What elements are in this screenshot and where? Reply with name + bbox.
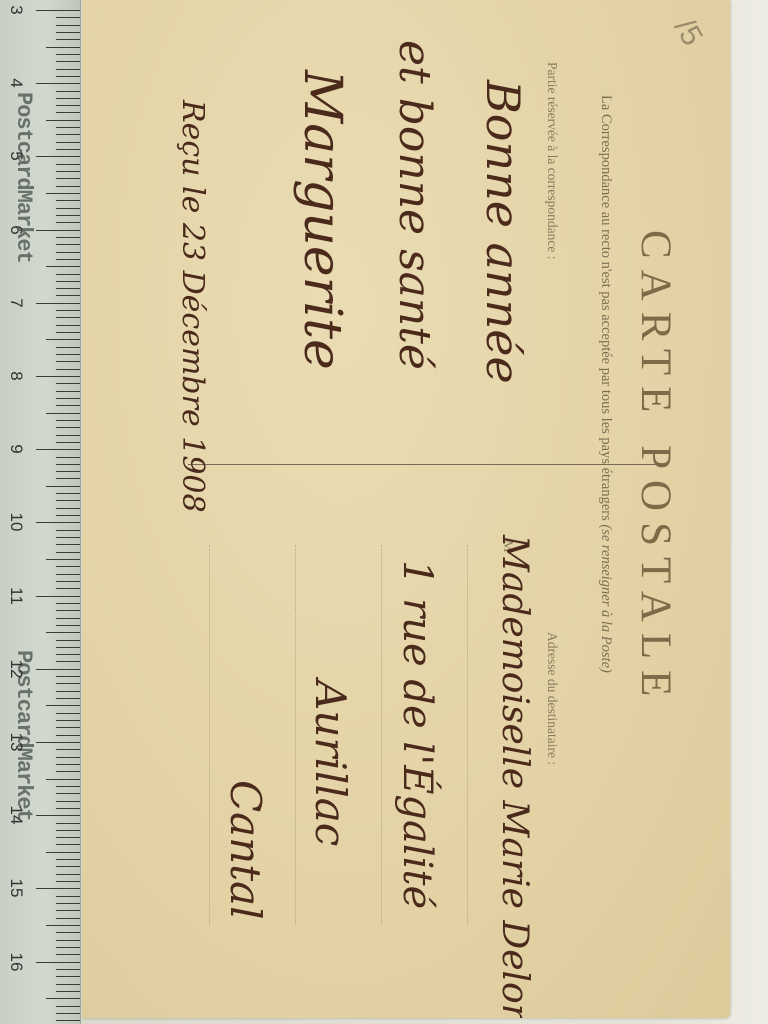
ruler-tick: [56, 618, 80, 619]
ruler-tick: [56, 354, 80, 355]
ruler-tick: [56, 98, 80, 99]
postcard-content: /5 CARTE POSTALE La Correspondance au re…: [82, 0, 730, 1018]
measuring-ruler: PostcardMarket PostcardMarket 3456789101…: [0, 0, 81, 1024]
correspondence-label: Partie réservée à la correspondance :: [544, 62, 560, 260]
address-line-3: [295, 545, 296, 925]
ruler-tick: [36, 815, 80, 816]
ruler-tick: [56, 808, 80, 809]
ruler-tick: [56, 288, 80, 289]
ruler-tick: [56, 537, 80, 538]
ruler-tick: [56, 771, 80, 772]
ruler-tick: [56, 91, 80, 92]
ruler-tick: [56, 610, 80, 611]
ruler-number: 10: [6, 510, 26, 534]
ruler-number: 9: [6, 437, 26, 461]
ruler-tick: [46, 705, 80, 706]
ruler-tick: [56, 493, 80, 494]
ruler-tick: [56, 896, 80, 897]
ruler-tick: [56, 801, 80, 802]
ruler-tick: [56, 954, 80, 955]
ruler-tick: [56, 866, 80, 867]
ruler-tick: [36, 596, 80, 597]
ruler-tick: [46, 632, 80, 633]
ruler-tick: [56, 881, 80, 882]
ruler-tick: [56, 259, 80, 260]
ruler-tick: [56, 435, 80, 436]
address-label: Adresse du destinataire :: [544, 632, 560, 765]
ruler-number: 8: [6, 364, 26, 388]
correspondence-notice: La Correspondance au recto n'est pas acc…: [597, 95, 614, 673]
ruler-tick: [56, 325, 80, 326]
ruler-tick: [56, 603, 80, 604]
ruler-number: 12: [6, 657, 26, 681]
ruler-tick: [56, 149, 80, 150]
ruler-number: 11: [6, 584, 26, 608]
ruler-tick: [56, 215, 80, 216]
ruler-tick: [56, 640, 80, 641]
ruler-tick: [36, 522, 80, 523]
pencil-mark: /5: [667, 13, 709, 52]
ruler-tick: [56, 793, 80, 794]
ruler-tick: [36, 83, 80, 84]
ruler-tick: [56, 713, 80, 714]
ruler-tick: [56, 727, 80, 728]
ruler-tick: [36, 230, 80, 231]
received-note: Reçu le 23 Décembre 1908: [175, 100, 210, 513]
ruler-tick: [56, 127, 80, 128]
ruler-number: 15: [6, 876, 26, 900]
ruler-tick: [56, 164, 80, 165]
ruler-tick: [56, 244, 80, 245]
ruler-tick: [56, 969, 80, 970]
address-line-4: [209, 545, 210, 925]
ruler-tick: [56, 910, 80, 911]
message-line-2: et bonne santé: [389, 40, 440, 370]
ruler-tick: [56, 317, 80, 318]
ruler-tick: [46, 852, 80, 853]
ruler-tick: [56, 757, 80, 758]
ruler-tick: [56, 661, 80, 662]
address-name: Mademoiselle Marie Delon: [494, 535, 535, 1018]
ruler-tick: [36, 962, 80, 963]
ruler-tick: [46, 339, 80, 340]
ruler-tick: [56, 222, 80, 223]
ruler-tick: [46, 193, 80, 194]
ruler-tick: [56, 420, 80, 421]
ruler-tick: [56, 859, 80, 860]
ruler-tick: [36, 742, 80, 743]
signature: Marguerite: [292, 70, 352, 370]
ruler-tick: [56, 142, 80, 143]
ruler-tick: [56, 940, 80, 941]
ruler-tick: [46, 266, 80, 267]
address-line-2: [381, 545, 382, 925]
ruler-tick: [56, 566, 80, 567]
ruler-tick: [56, 844, 80, 845]
ruler-tick: [56, 581, 80, 582]
ruler-tick: [56, 252, 80, 253]
ruler-tick: [46, 925, 80, 926]
ruler-tick: [56, 25, 80, 26]
ruler-number: 16: [6, 950, 26, 974]
ruler-tick: [56, 530, 80, 531]
notice-text: La Correspondance au recto n'est pas acc…: [598, 95, 614, 521]
ruler-tick: [56, 947, 80, 948]
ruler-tick: [56, 310, 80, 311]
ruler-tick: [56, 347, 80, 348]
ruler-tick: [56, 515, 80, 516]
ruler-tick: [56, 903, 80, 904]
ruler-tick: [56, 720, 80, 721]
ruler-tick: [36, 303, 80, 304]
address-department: Cantal: [221, 780, 270, 920]
ruler-tick: [56, 984, 80, 985]
ruler-tick: [56, 683, 80, 684]
ruler-tick: [56, 200, 80, 201]
ruler-number: 6: [6, 218, 26, 242]
ruler-tick: [56, 208, 80, 209]
ruler-tick: [56, 464, 80, 465]
ruler-tick: [56, 676, 80, 677]
ruler-tick: [56, 918, 80, 919]
ruler-tick: [56, 991, 80, 992]
ruler-tick: [56, 186, 80, 187]
ruler-number: 13: [6, 730, 26, 754]
ruler-tick: [56, 823, 80, 824]
ruler-tick: [56, 332, 80, 333]
ruler-tick: [56, 1006, 80, 1007]
ruler-tick: [56, 478, 80, 479]
ruler-tick: [56, 735, 80, 736]
ruler-tick: [56, 749, 80, 750]
ruler-tick: [56, 54, 80, 55]
ruler-tick: [56, 398, 80, 399]
ruler-tick: [56, 544, 80, 545]
ruler-tick: [56, 625, 80, 626]
ruler-tick: [56, 17, 80, 18]
ruler-tick: [56, 588, 80, 589]
ruler-tick: [56, 76, 80, 77]
ruler-number: 5: [6, 144, 26, 168]
ruler-tick: [56, 654, 80, 655]
ruler-tick: [56, 369, 80, 370]
ruler-tick: [46, 47, 80, 48]
ruler-number: 14: [6, 803, 26, 827]
ruler-tick: [56, 405, 80, 406]
ruler-tick: [56, 61, 80, 62]
message-line-1: Bonne année: [476, 80, 530, 384]
ruler-tick: [56, 830, 80, 831]
ruler-tick: [56, 69, 80, 70]
ruler-tick: [56, 281, 80, 282]
ruler-tick: [56, 32, 80, 33]
ruler-tick: [56, 383, 80, 384]
ruler-tick: [56, 112, 80, 113]
ruler-tick: [56, 361, 80, 362]
ruler-tick: [56, 976, 80, 977]
ruler-tick: [46, 779, 80, 780]
ruler-tick: [56, 134, 80, 135]
address-street: 1 rue de l'Égalité: [394, 560, 440, 909]
ruler-tick: [56, 442, 80, 443]
notice-italic: (se renseigner à la Poste): [598, 524, 614, 672]
address-line-1: [467, 545, 468, 925]
ruler-tick: [56, 500, 80, 501]
postcard: /5 CARTE POSTALE La Correspondance au re…: [82, 0, 730, 1018]
ruler-tick: [36, 669, 80, 670]
ruler-tick: [46, 559, 80, 560]
ruler-tick: [56, 427, 80, 428]
ruler-tick: [56, 874, 80, 875]
ruler-tick: [56, 391, 80, 392]
ruler-tick: [56, 457, 80, 458]
ruler-number: 4: [6, 71, 26, 95]
ruler-tick: [56, 786, 80, 787]
ruler-tick: [56, 105, 80, 106]
ruler-tick: [56, 1013, 80, 1014]
ruler-tick: [56, 171, 80, 172]
ruler-tick: [56, 698, 80, 699]
ruler-tick: [36, 376, 80, 377]
postcard-title: CARTE POSTALE: [631, 230, 680, 707]
ruler-tick: [56, 178, 80, 179]
ruler-tick: [56, 237, 80, 238]
ruler-tick: [56, 1020, 80, 1021]
ruler-tick: [56, 647, 80, 648]
ruler-tick: [56, 471, 80, 472]
center-divider: [188, 464, 658, 465]
ruler-tick: [56, 39, 80, 40]
ruler-tick: [56, 574, 80, 575]
ruler-tick: [56, 552, 80, 553]
ruler-number: 3: [6, 0, 26, 22]
ruler-tick: [56, 837, 80, 838]
ruler-tick: [46, 413, 80, 414]
ruler-tick: [46, 486, 80, 487]
ruler-tick: [36, 449, 80, 450]
ruler-tick: [46, 998, 80, 999]
ruler-tick: [56, 295, 80, 296]
ruler-tick: [56, 932, 80, 933]
ruler-tick: [56, 691, 80, 692]
ruler-tick: [36, 888, 80, 889]
ruler-tick: [36, 156, 80, 157]
ruler-tick: [36, 10, 80, 11]
ruler-tick: [46, 120, 80, 121]
ruler-tick: [56, 764, 80, 765]
ruler-number: 7: [6, 291, 26, 315]
address-town: Aurillac: [306, 680, 355, 846]
ruler-tick: [56, 274, 80, 275]
ruler-tick: [56, 508, 80, 509]
